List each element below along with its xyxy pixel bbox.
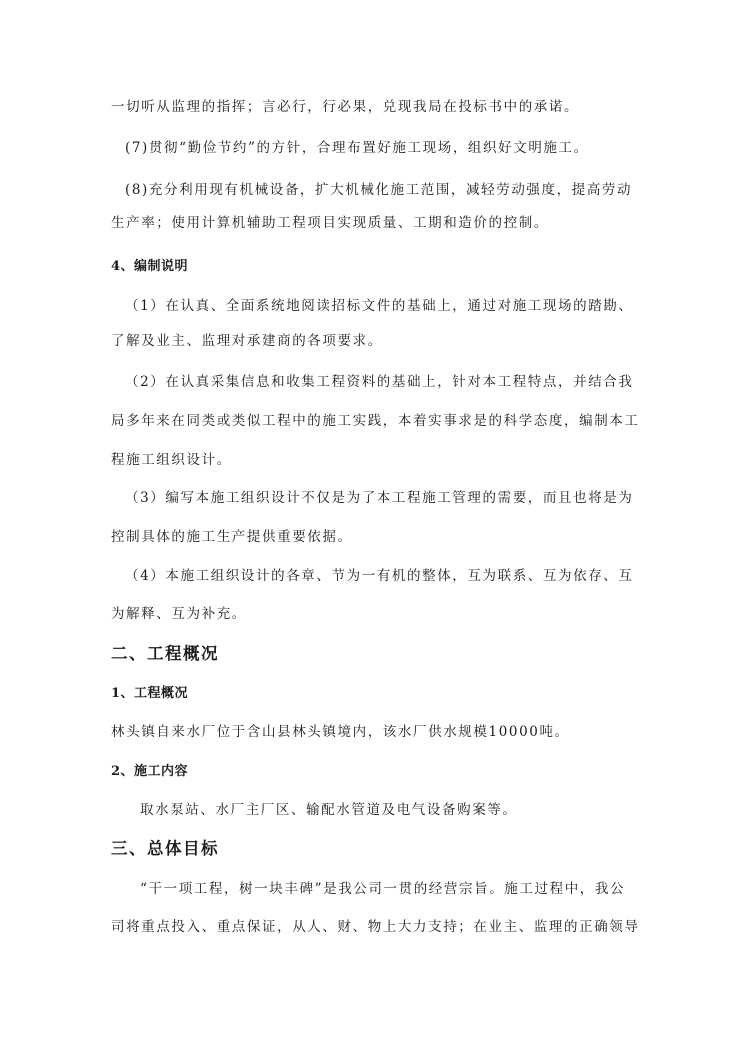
list-item-4: （4）本施工组织设计的各章、节为一有机的整体，互为联系、互为依存、互	[125, 567, 634, 585]
list-item-1: （1）在认真、全面系统地阅读招标文件的基础上，通过对施工现场的踏勘、	[125, 297, 634, 315]
chapter-heading-3: 三、总体目标	[111, 840, 219, 858]
paragraph-line: “干一项工程，树一块丰碑”是我公司一贯的经营宗旨。施工过程中，我公	[140, 880, 625, 898]
paragraph-line: 局多年来在同类或类似工程中的施工实践，本着实事求是的科学态度，编制本工	[111, 412, 640, 430]
chapter-heading-2: 二、工程概况	[111, 645, 219, 663]
paragraph-line: 一切听从监理的指挥；言必行，行必果，兑现我局在投标书中的承诺。	[111, 98, 579, 116]
paragraph-line: 林头镇自来水厂位于含山县林头镇境内，该水厂供水规模10000吨。	[111, 723, 570, 741]
list-item-3: （3）编写本施工组织设计不仅是为了本工程施工管理的需要，而且也将是为	[125, 489, 634, 507]
paragraph-line: 程施工组织设计。	[111, 451, 232, 469]
section-heading-2: 2、施工内容	[111, 763, 188, 781]
paragraph-line: 为解释、互为补充。	[111, 605, 247, 623]
section-heading-4: 4、编制说明	[111, 258, 188, 276]
paragraph-line: 了解及业主、监理对承建商的各项要求。	[111, 332, 383, 350]
section-heading-1: 1、工程概况	[111, 685, 188, 703]
paragraph-line: 生产率；使用计算机辅助工程项目实现质量、工期和造价的控制。	[111, 214, 549, 232]
list-item-2: （2）在认真采集信息和收集工程资料的基础上，针对本工程特点，并结合我	[125, 373, 634, 391]
paragraph-line: 司将重点投入、重点保证，从人、财、物上大力支持；在业主、监理的正确领导	[111, 918, 640, 936]
list-item-8: (8)充分利用现有机械设备，扩大机械化施工范围，减轻劳动强度，提高劳动	[125, 181, 632, 199]
paragraph-line: 控制具体的施工生产提供重要依据。	[111, 528, 353, 546]
paragraph-line: 取水泵站、水厂主厂区、输配水管道及电气设备购案等。	[140, 801, 518, 819]
list-item-7: (7)贯彻“勤俭节约”的方针，合理布置好施工现场，组织好文明施工。	[125, 139, 589, 157]
